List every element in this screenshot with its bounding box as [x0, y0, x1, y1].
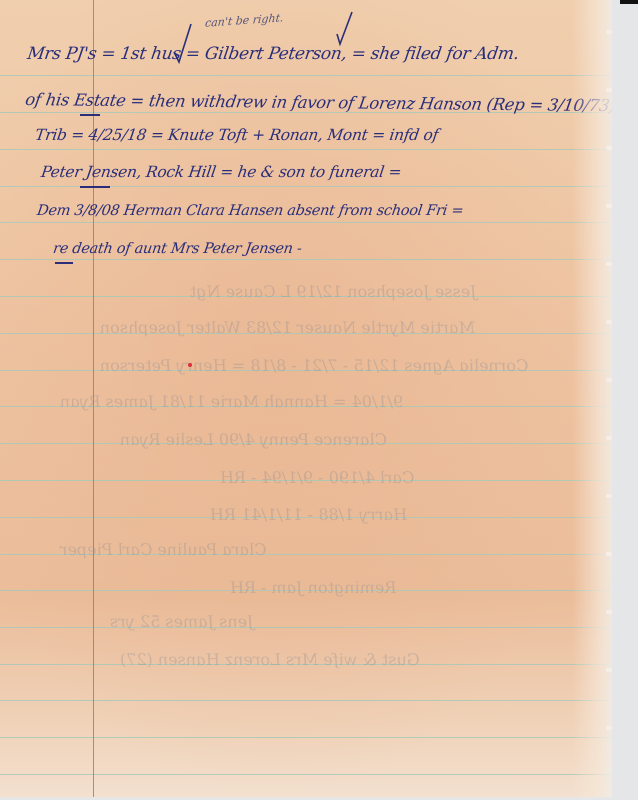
margin-annotation: can't be right.	[204, 11, 284, 30]
perforation-notch	[606, 436, 612, 440]
ruled-line	[0, 737, 612, 738]
checkmark-icon	[335, 10, 353, 46]
ruled-line	[0, 259, 612, 260]
handwritten-line: re death of aunt Mrs Peter Jensen -	[52, 241, 303, 257]
perforation-notch	[606, 30, 612, 34]
bleed-through-text: Martie Myrtle Nauser 12/83 Walter Joseph…	[99, 318, 477, 337]
ruled-line	[0, 627, 612, 628]
perforation-notch	[606, 378, 612, 382]
bleed-through-text: Gust & wife Mrs Lorenz Hansen (27)	[119, 650, 421, 669]
bleed-through-text: Remington Jam - RH	[229, 578, 398, 597]
perforation-notch	[606, 668, 612, 672]
bleed-through-text: Jesse Josephson 12/19 L Cause Ngt	[189, 282, 478, 301]
ruled-line	[0, 222, 612, 223]
notebook-page: Jesse Josephson 12/19 L Cause Ngt Martie…	[0, 0, 612, 797]
paper-edge-fade	[572, 0, 612, 797]
handwritten-line: Mrs PJ's = 1st hus = Gilbert Peterson, =…	[26, 44, 520, 64]
bleed-through-text: Harry 1/88 - 11/1/41 RH	[209, 505, 409, 524]
bleed-through-text: Carl 4/190 - 9/1/94 - RH	[219, 468, 416, 487]
bleed-through-text: Cornelia Agnes 12/15 - 7/21 - 8/18 = Hen…	[99, 356, 530, 375]
underline	[55, 262, 73, 264]
underline	[80, 114, 100, 116]
bleed-through-text: 9/1/04 = Hannah Marie 11/81 James Ryan	[59, 392, 405, 411]
perforation-notch	[606, 552, 612, 556]
ink-mark	[188, 363, 192, 367]
handwritten-line: Peter Jensen, Rock Hill = he & son to fu…	[40, 163, 403, 181]
perforation-notch	[606, 726, 612, 730]
perforation-notch	[606, 494, 612, 498]
ruled-line	[0, 75, 612, 76]
perforation-notch	[606, 146, 612, 150]
underline	[80, 186, 110, 188]
ruled-line	[0, 149, 612, 150]
handwritten-line: Trib = 4/25/18 = Knute Toft + Ronan, Mon…	[34, 126, 439, 144]
perforation-notch	[606, 204, 612, 208]
ruled-line	[0, 700, 612, 701]
handwritten-line: Dem 3/8/08 Herman Clara Hansen absent fr…	[36, 203, 464, 219]
ruled-line	[0, 774, 612, 775]
perforation-notch	[606, 320, 612, 324]
perforation-notch	[606, 610, 612, 614]
scan-edge-shadow	[620, 0, 638, 4]
perforation-notch	[606, 88, 612, 92]
bleed-through-text: Jens James 52 yrs	[109, 612, 255, 631]
bleed-through-text: Clara Pauline Carl Pieper	[59, 540, 268, 559]
bleed-through-text: Clarence Penny 4/90 Leslie Ryan	[119, 430, 389, 449]
perforation-notch	[606, 262, 612, 266]
